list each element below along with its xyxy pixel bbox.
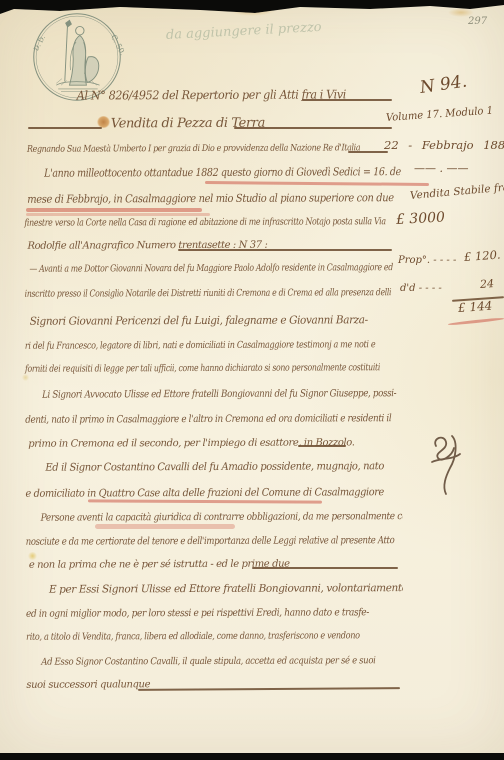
manuscript-line: Regnando Sua Maestà Umberto I per grazia… [27, 143, 360, 154]
manuscript-line: — Avanti a me Dottor Giovanni Novara del… [30, 262, 393, 275]
fee-total: £ 144 [458, 299, 493, 315]
manuscript-line: inscritto presso il Consiglio Notarile d… [25, 287, 392, 300]
margin-price: £ 3000 [396, 209, 446, 228]
manuscript-line: ri del fu Francesco, legatore di libri, … [25, 339, 376, 352]
margin-separator: —— . —— [414, 162, 469, 175]
fee-label-prop: Prop°. - - - - [398, 255, 456, 266]
ink-rule [348, 151, 388, 153]
margin-act-number: N 94. [419, 72, 469, 98]
manuscript-line: Persone aventi la capacità giuridica di … [41, 511, 404, 524]
manuscript-line: e domiciliato in Quattro Case alta delle… [25, 486, 384, 500]
ink-rule [252, 567, 398, 569]
manuscript-line: nosciute e da me certiorate del tenore e… [26, 535, 395, 548]
ink-rule [28, 127, 102, 129]
manuscript-line: Ed il Signor Costantino Cavalli del fu A… [45, 460, 384, 473]
fee-amount-dd: 24 [480, 277, 495, 291]
ink-rule [178, 249, 392, 251]
red-underline [95, 524, 235, 529]
fee-total-red-underline [448, 317, 504, 325]
manuscript-line: mese di Febbrajo, in Casalmaggiore nel m… [27, 191, 394, 206]
fee-amount-prop: £ 120. [464, 247, 501, 264]
page-number: 297 [468, 16, 487, 27]
manuscript-line: finestre verso la Corte nella Casa di ra… [24, 216, 385, 229]
red-underline [26, 213, 210, 216]
paper-sheet: C. 50. D. D. da aggiungere il prezzo 297… [0, 0, 504, 753]
manuscript-line: rito, a titolo di Vendita, franca, liber… [26, 630, 360, 642]
red-underline [26, 208, 202, 212]
manuscript-line: Ad Esso Signor Costantino Cavalli, il qu… [41, 655, 375, 667]
manuscript-line: forniti dei requisiti di legge per tali … [25, 362, 380, 375]
ink-rule [302, 99, 392, 101]
notary-paraph [422, 428, 472, 500]
ink-rule [298, 445, 346, 447]
manuscript-line: E per Essi Signori Ulisse ed Ettore frat… [49, 582, 404, 596]
manuscript-line: L'anno milleottocento ottantadue 1882 qu… [44, 165, 403, 180]
manuscript-line: primo in Cremona ed il secondo, per l'im… [28, 437, 354, 449]
document-scan: C. 50. D. D. da aggiungere il prezzo 297… [0, 0, 504, 760]
manuscript-line: Signori Giovanni Pericenzi del fu Luigi,… [30, 313, 368, 327]
fee-label-dd: d'd - - - - [400, 283, 442, 294]
margin-date: 22 - Febbrajo 1882 [384, 138, 504, 152]
margin-volume: Volume 17. Modulo 1 [386, 105, 494, 124]
manuscript-line: denti, nato il primo in Casalmaggiore e … [25, 413, 391, 426]
manuscript-line: e non la prima che ne è per sé istrutta … [29, 559, 290, 571]
manuscript-line: suoi successori qualunque [26, 679, 150, 691]
manuscript-line: ed in ogni miglior modo, per loro stessi… [26, 607, 369, 619]
manuscript-line: Vendita di Pezza di Terra [111, 116, 265, 132]
manuscript-line: Li Signori Avvocato Ulisse ed Ettore fra… [42, 388, 396, 401]
manuscript-body: Al N° 826/4952 del Repertorio per gli At… [0, 0, 404, 754]
ink-rule [234, 127, 392, 129]
